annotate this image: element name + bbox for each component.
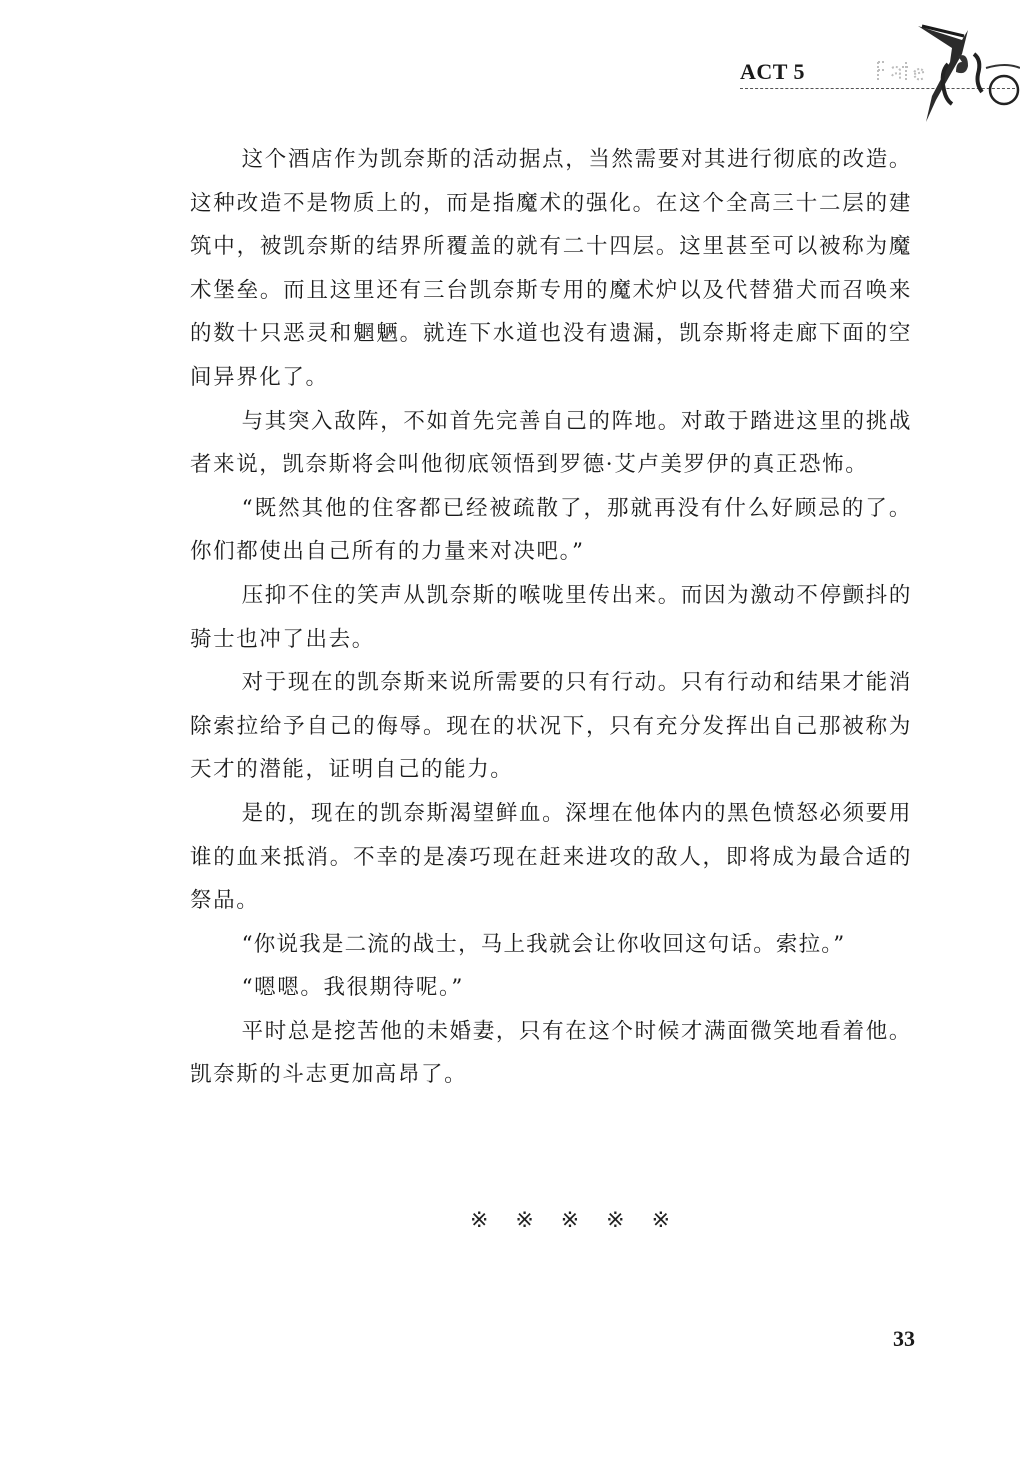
- paragraph-7-dialogue: “你说我是二流的战士，马上我就会让你收回这句话。索拉。”: [190, 923, 912, 967]
- reference-mark-icon: ※: [652, 1208, 670, 1233]
- paragraph-5: 对于现在的凯奈斯来说所需要的只有行动。只有行动和结果才能消除索拉给予自己的侮辱。…: [190, 661, 912, 792]
- section-divider: ※ ※ ※ ※ ※: [470, 1208, 670, 1233]
- paragraph-3-dialogue: “既然其他的住客都已经被疏散了，那就再没有什么好顾忌的了。你们都使出自己所有的力…: [190, 487, 912, 574]
- reference-mark-icon: ※: [515, 1208, 533, 1233]
- reference-mark-icon: ※: [561, 1208, 579, 1233]
- act-label: ACT 5: [740, 59, 805, 85]
- paragraph-4: 压抑不住的笑声从凯奈斯的喉咙里传出来。而因为激动不停颤抖的骑士也冲了出去。: [190, 574, 912, 661]
- page-body-text: 这个酒店作为凯奈斯的活动据点，当然需要对其进行彻底的改造。这种改造不是物质上的，…: [190, 138, 912, 1097]
- running-header: ACT 5 Fate/Zero: [720, 10, 1020, 140]
- paragraph-2: 与其突入敌阵，不如首先完善自己的阵地。对敢于踏进这里的挑战者来说，凯奈斯将会叫他…: [190, 400, 912, 487]
- paragraph-8-dialogue: “嗯嗯。我很期待呢。”: [190, 966, 912, 1010]
- paragraph-6: 是的，现在的凯奈斯渴望鲜血。深埋在他体内的黑色愤怒必须要用谁的血来抵消。不幸的是…: [190, 792, 912, 923]
- paragraph-1: 这个酒店作为凯奈斯的活动据点，当然需要对其进行彻底的改造。这种改造不是物质上的，…: [190, 138, 912, 400]
- page-number: 33: [893, 1326, 915, 1352]
- reference-mark-icon: ※: [470, 1208, 488, 1233]
- paragraph-9: 平时总是挖苦他的未婚妻，只有在这个时候才满面微笑地看着他。凯奈斯的斗志更加高昂了…: [190, 1010, 912, 1097]
- reference-mark-icon: ※: [606, 1208, 624, 1233]
- fate-zero-logo-icon: Fate/Zero: [870, 10, 1020, 140]
